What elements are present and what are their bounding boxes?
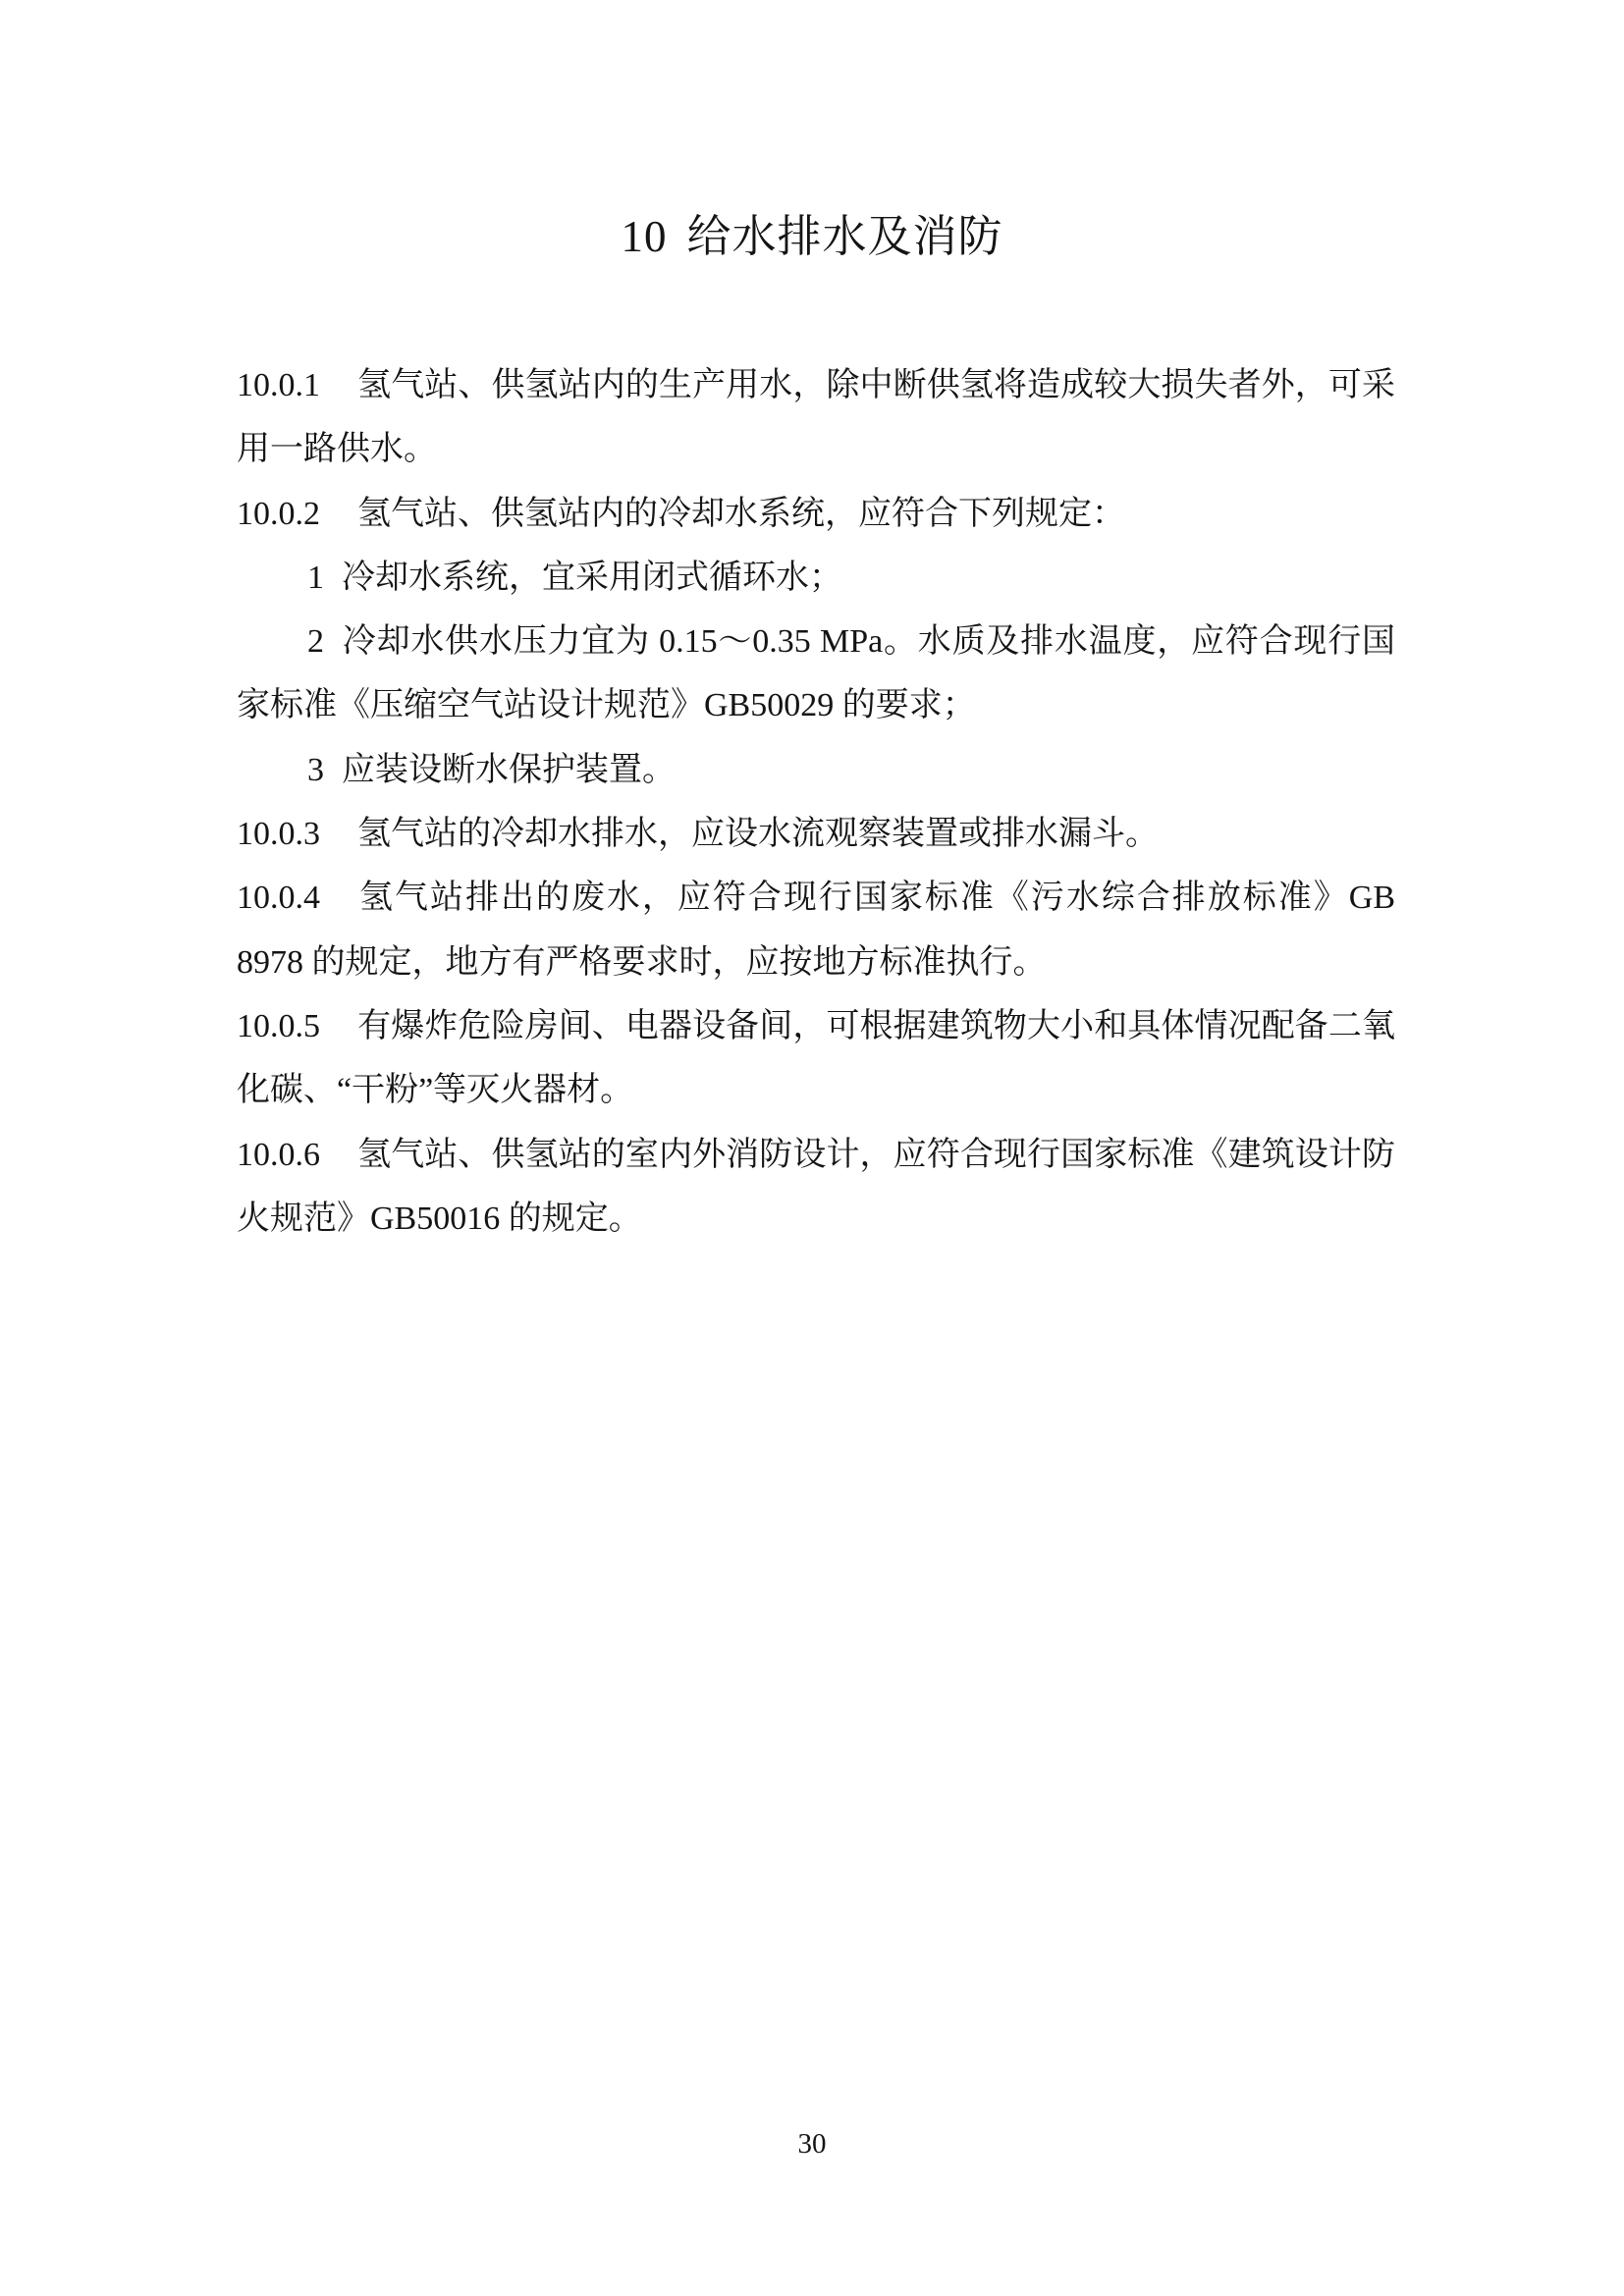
subitem-text: 冷却水供水压力宜为 0.15～0.35 MPa。水质及排水温度，应符合现行国家标…: [237, 623, 1395, 723]
clause-text: 氢气站、供氢站内的冷却水系统，应符合下列规定：: [357, 496, 1125, 532]
document-body: 10.0.1氢气站、供氢站内的生产用水，除中断供氢将造成较大损失者外，可采用一路…: [237, 353, 1395, 1251]
chapter-title: 10给水排水及消防: [0, 200, 1624, 264]
clause-number: 10.0.6: [237, 1137, 357, 1173]
chapter-number: 10: [621, 212, 667, 261]
document-page: 10给水排水及消防 10.0.1氢气站、供氢站内的生产用水，除中断供氢将造成较大…: [0, 0, 1624, 2296]
clause-text: 有爆炸危险房间、电器设备间，可根据建筑物大小和具体情况配备二氧化碳、“干粉”等灭…: [237, 1008, 1395, 1108]
subitem-number: 1: [307, 560, 342, 596]
clause-10-0-1: 10.0.1氢气站、供氢站内的生产用水，除中断供氢将造成较大损失者外，可采用一路…: [237, 353, 1395, 482]
clause-text: 氢气站排出的废水，应符合现行国家标准《污水综合排放标准》GB 8978 的规定，…: [237, 880, 1395, 980]
clause-number: 10.0.1: [237, 367, 357, 403]
clause-number: 10.0.2: [237, 496, 357, 532]
clause-number: 10.0.5: [237, 1008, 357, 1044]
subitem-text: 应装设断水保护装置。: [342, 752, 676, 788]
subitem-2: 2冷却水供水压力宜为 0.15～0.35 MPa。水质及排水温度，应符合现行国家…: [237, 610, 1395, 738]
subitem-3: 3应装设断水保护装置。: [237, 738, 1395, 802]
subitem-text: 冷却水系统，宜采用闭式循环水；: [342, 560, 842, 596]
clause-text: 氢气站、供氢站内的生产用水，除中断供氢将造成较大损失者外，可采用一路供水。: [237, 367, 1395, 467]
clause-text: 氢气站的冷却水排水，应设水流观察装置或排水漏斗。: [357, 816, 1159, 852]
subitem-number: 2: [307, 623, 342, 660]
clause-10-0-4: 10.0.4氢气站排出的废水，应符合现行国家标准《污水综合排放标准》GB 897…: [237, 866, 1395, 994]
page-number: 30: [0, 2128, 1624, 2161]
clause-10-0-5: 10.0.5有爆炸危险房间、电器设备间，可根据建筑物大小和具体情况配备二氧化碳、…: [237, 994, 1395, 1123]
clause-10-0-6: 10.0.6氢气站、供氢站的室内外消防设计，应符合现行国家标准《建筑设计防火规范…: [237, 1123, 1395, 1252]
clause-text: 氢气站、供氢站的室内外消防设计，应符合现行国家标准《建筑设计防火规范》GB500…: [237, 1137, 1395, 1237]
chapter-title-text: 给水排水及消防: [686, 212, 1002, 261]
clause-number: 10.0.3: [237, 816, 357, 852]
clause-10-0-2: 10.0.2氢气站、供氢站内的冷却水系统，应符合下列规定：: [237, 482, 1395, 546]
clause-number: 10.0.4: [237, 880, 357, 916]
subitem-number: 3: [307, 752, 342, 788]
subitem-1: 1冷却水系统，宜采用闭式循环水；: [237, 546, 1395, 610]
clause-10-0-3: 10.0.3氢气站的冷却水排水，应设水流观察装置或排水漏斗。: [237, 802, 1395, 866]
